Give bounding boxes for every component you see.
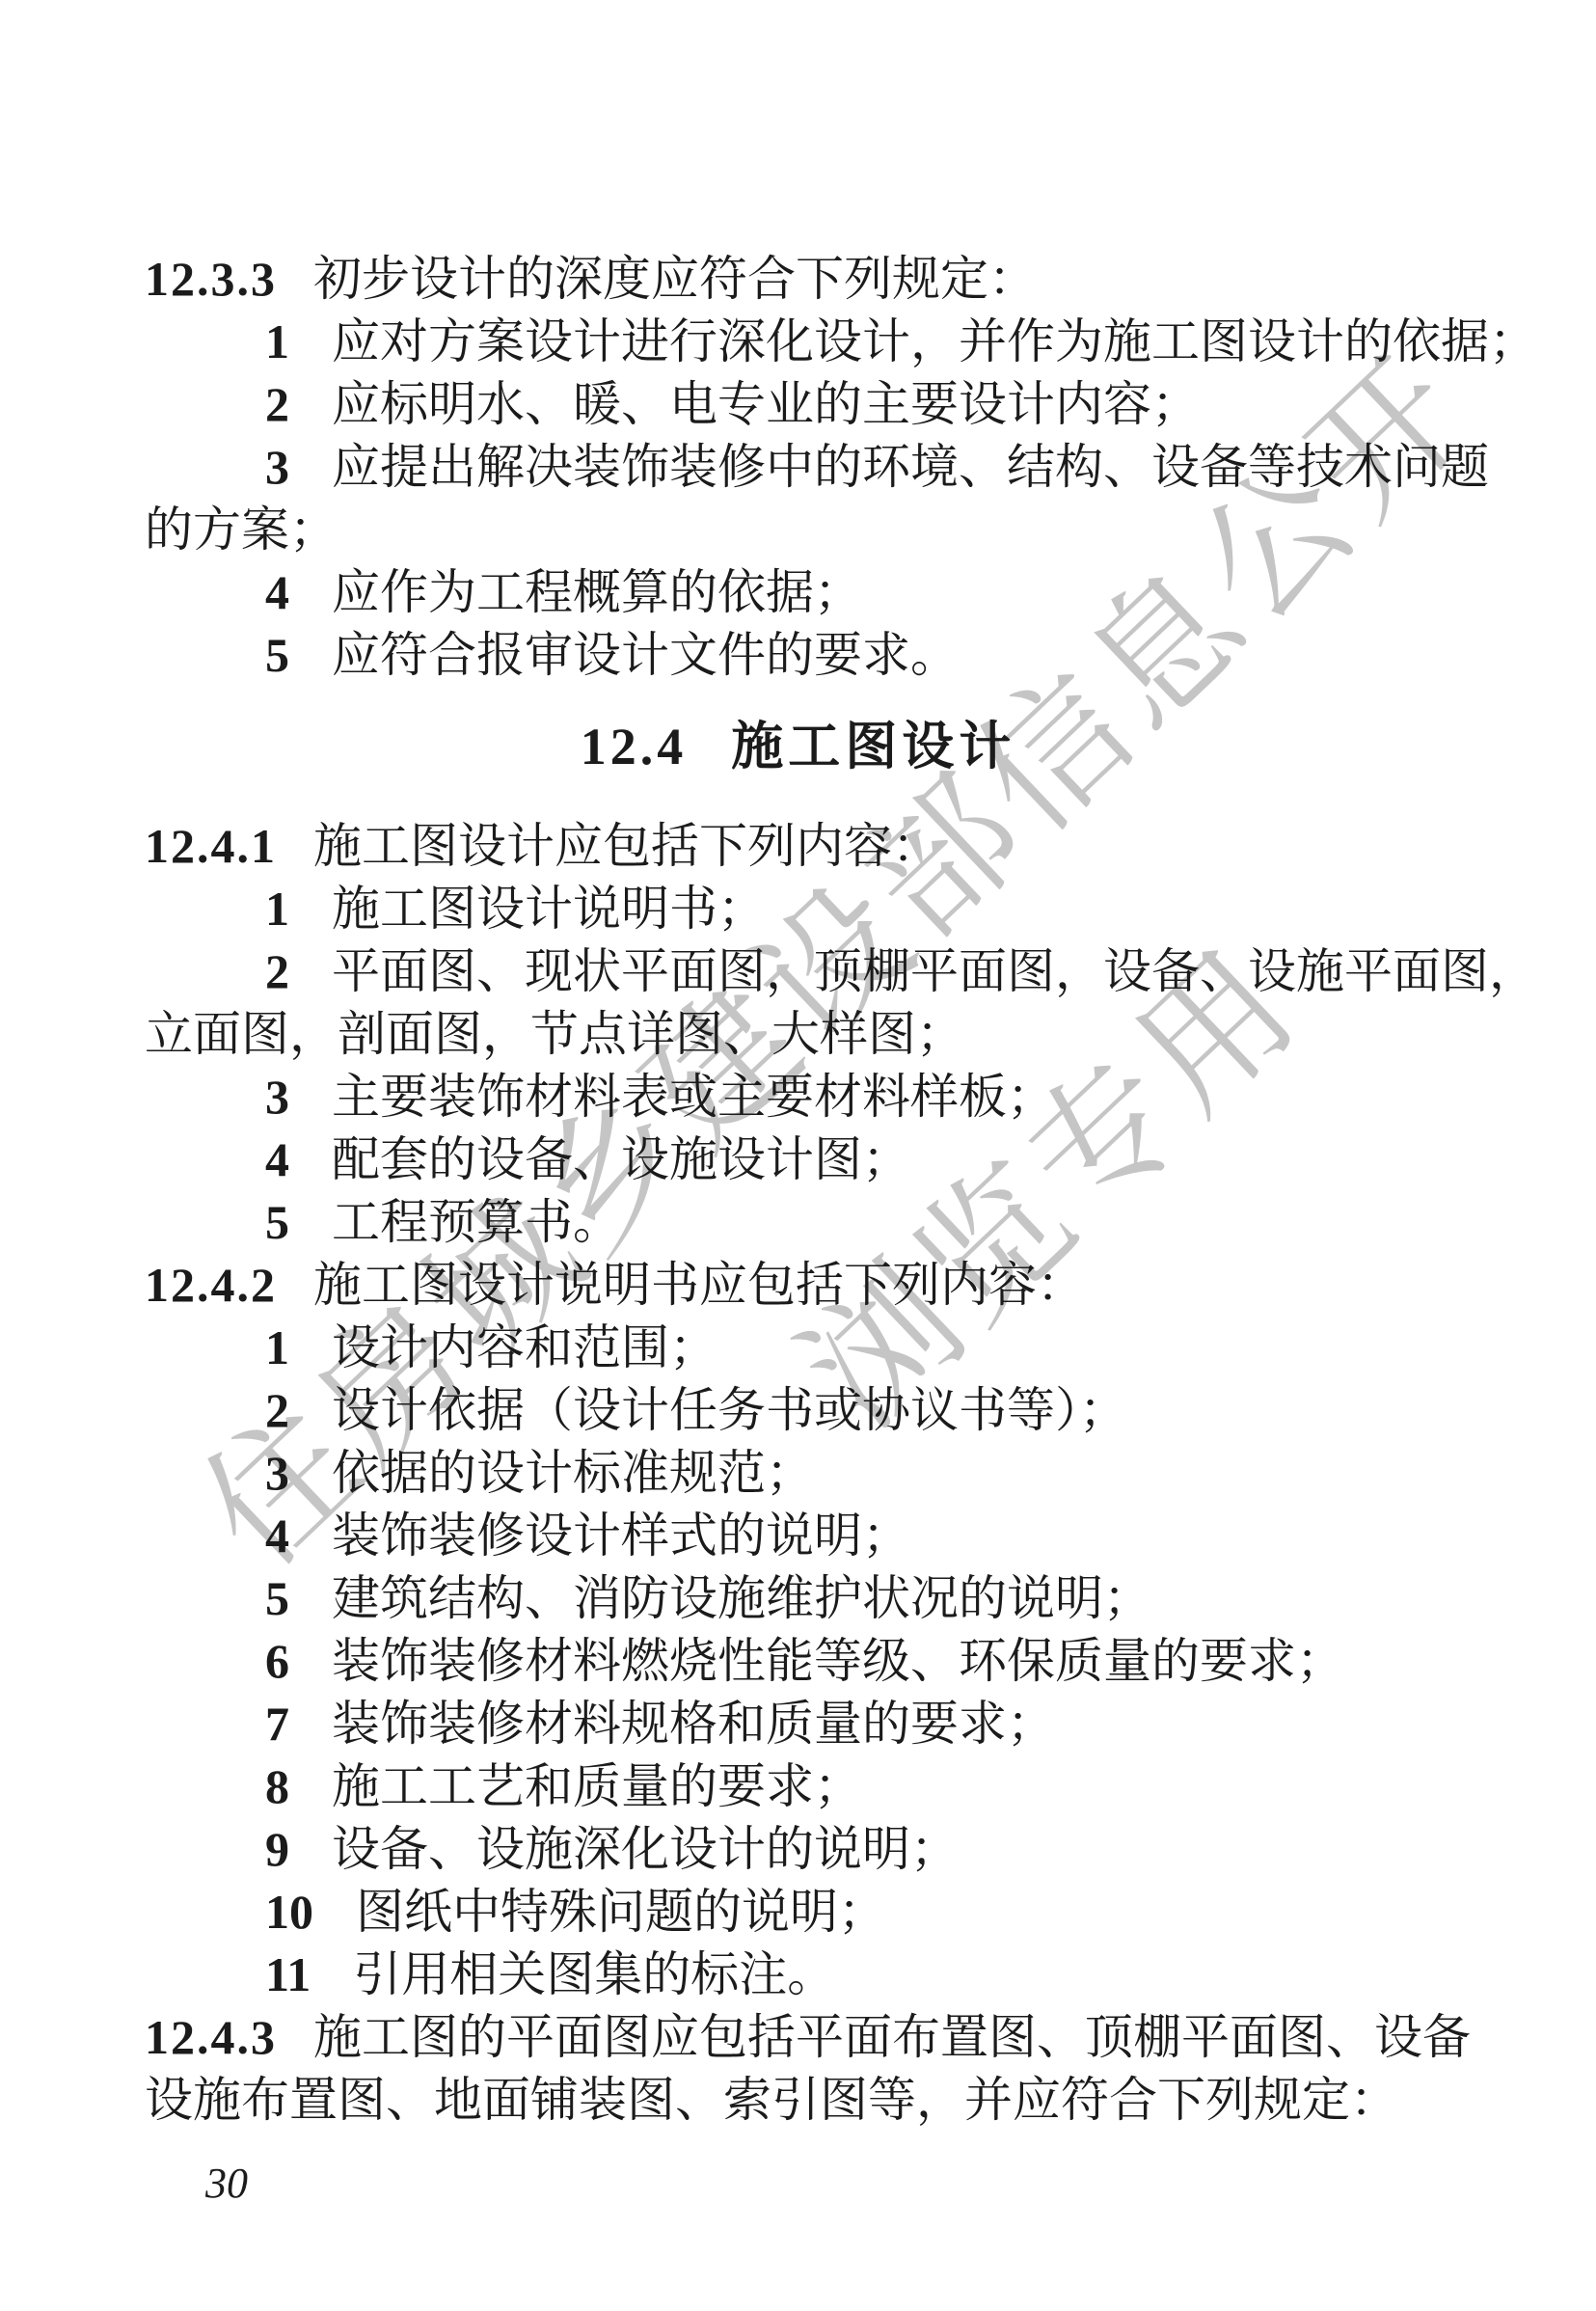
document-page: 住房城乡建设部信息公开 浏览专用 12.3.3初步设计的深度应符合下列规定：1应… [0, 0, 1596, 2311]
line-text: 初步设计的深度应符合下列规定： [313, 252, 1037, 306]
line-text: 设备、设施深化设计的说明； [332, 1822, 959, 1876]
line-text: 引用相关图集的标注。 [353, 1947, 835, 2001]
text-line: 10图纸中特殊问题的说明； [145, 1881, 1451, 1944]
line-text: 设施布置图、地面铺装图、索引图等，并应符合下列规定： [145, 2073, 1398, 2127]
line-text: 施工工艺和质量的要求； [332, 1759, 862, 1813]
text-line: 1设计内容和范围； [145, 1317, 1451, 1379]
text-line: 5应符合报审设计文件的要求。 [145, 624, 1451, 687]
line-text: 应标明水、暖、电专业的主要设计内容； [332, 377, 1200, 431]
line-text: 的方案； [145, 503, 338, 557]
line-text: 应提出解决装饰装修中的环境、结构、设备等技术问题 [332, 440, 1489, 494]
item-number: 7 [265, 1697, 289, 1751]
text-line: 7装饰装修材料规格和质量的要求； [145, 1693, 1451, 1755]
clause-number: 12.4.3 [145, 2010, 277, 2064]
item-number: 5 [265, 1195, 289, 1249]
item-number: 10 [265, 1885, 313, 1939]
line-text: 工程预算书。 [332, 1195, 621, 1249]
item-number: 4 [265, 565, 289, 619]
item-number: 6 [265, 1634, 289, 1688]
line-text: 立面图，剖面图，节点详图、大样图； [145, 1007, 964, 1061]
line-text: 平面图、现状平面图，顶棚平面图，设备、设施平面图， [332, 944, 1537, 998]
text-line: 5建筑结构、消防设施维护状况的说明； [145, 1567, 1451, 1630]
clause-number: 12.4.2 [145, 1258, 277, 1312]
line-text: 应对方案设计进行深化设计，并作为施工图设计的依据； [332, 314, 1537, 368]
line-text: 应符合报审设计文件的要求。 [332, 628, 959, 682]
text-line: 2设计依据（设计任务书或协议书等）； [145, 1379, 1451, 1442]
text-line: 12.4.2施工图设计说明书应包括下列内容： [145, 1254, 1451, 1317]
text-line: 3应提出解决装饰装修中的环境、结构、设备等技术问题 [145, 436, 1451, 499]
text-line: 6装饰装修材料燃烧性能等级、环保质量的要求； [145, 1630, 1451, 1693]
line-text: 施工图的平面图应包括平面布置图、顶棚平面图、设备 [313, 2010, 1471, 2064]
document-body: 12.3.3初步设计的深度应符合下列规定：1应对方案设计进行深化设计，并作为施工… [145, 248, 1451, 2132]
text-line: 11引用相关图集的标注。 [145, 1944, 1451, 2006]
text-line: 的方案； [145, 499, 1451, 561]
text-line: 1应对方案设计进行深化设计，并作为施工图设计的依据； [145, 311, 1451, 373]
line-text: 设计内容和范围； [332, 1320, 717, 1374]
line-text: 图纸中特殊问题的说明； [356, 1885, 886, 1939]
line-text: 建筑结构、消防设施维护状况的说明； [332, 1571, 1151, 1625]
text-line: 9设备、设施深化设计的说明； [145, 1818, 1451, 1881]
item-number: 3 [265, 1446, 289, 1500]
item-number: 5 [265, 1571, 289, 1625]
item-number: 5 [265, 628, 289, 682]
text-line: 4应作为工程概算的依据； [145, 561, 1451, 624]
line-text: 主要装饰材料表或主要材料样板； [332, 1070, 1055, 1124]
line-text: 配套的设备、设施设计图； [332, 1132, 910, 1186]
clause-number: 12.3.3 [145, 252, 277, 306]
line-text: 施工图设计说明书应包括下列内容： [313, 1258, 1085, 1312]
text-line: 8施工工艺和质量的要求； [145, 1755, 1451, 1818]
item-number: 2 [265, 377, 289, 431]
text-line: 12.4.1施工图设计应包括下列内容： [145, 815, 1451, 878]
text-line: 4配套的设备、设施设计图； [145, 1128, 1451, 1191]
item-number: 1 [265, 882, 289, 936]
text-line: 立面图，剖面图，节点详图、大样图； [145, 1003, 1451, 1066]
text-line: 4装饰装修设计样式的说明； [145, 1505, 1451, 1567]
item-number: 9 [265, 1822, 289, 1876]
text-line: 3主要装饰材料表或主要材料样板； [145, 1066, 1451, 1128]
line-text: 装饰装修材料规格和质量的要求； [332, 1697, 1055, 1751]
page-number: 30 [205, 2159, 248, 2208]
item-number: 2 [265, 944, 289, 998]
line-text: 装饰装修设计样式的说明； [332, 1509, 910, 1563]
section-heading: 12.4施工图设计 [145, 716, 1451, 778]
line-text: 施工图设计说明书； [332, 882, 766, 936]
text-line: 1施工图设计说明书； [145, 878, 1451, 940]
item-number: 1 [265, 314, 289, 368]
item-number: 4 [265, 1132, 289, 1186]
text-line: 2应标明水、暖、电专业的主要设计内容； [145, 373, 1451, 436]
clause-number: 12.4.1 [145, 819, 277, 873]
clause-number: 12.4 [581, 718, 688, 775]
item-number: 3 [265, 1070, 289, 1124]
text-line: 12.4.3施工图的平面图应包括平面布置图、顶棚平面图、设备 [145, 2006, 1451, 2069]
item-number: 2 [265, 1383, 289, 1437]
line-text: 设计依据（设计任务书或协议书等）； [332, 1383, 1127, 1437]
text-line: 设施布置图、地面铺装图、索引图等，并应符合下列规定： [145, 2069, 1451, 2132]
item-number: 4 [265, 1509, 289, 1563]
text-line: 2平面图、现状平面图，顶棚平面图，设备、设施平面图， [145, 940, 1451, 1003]
line-text: 装饰装修材料燃烧性能等级、环保质量的要求； [332, 1634, 1344, 1688]
item-number: 8 [265, 1759, 289, 1813]
item-number: 3 [265, 440, 289, 494]
item-number: 1 [265, 1320, 289, 1374]
text-line: 12.3.3初步设计的深度应符合下列规定： [145, 248, 1451, 311]
line-text: 依据的设计标准规范； [332, 1446, 814, 1500]
item-number: 11 [265, 1947, 311, 2001]
line-text: 施工图设计应包括下列内容： [313, 819, 940, 873]
line-text: 应作为工程概算的依据； [332, 565, 862, 619]
text-line: 3依据的设计标准规范； [145, 1442, 1451, 1505]
text-line: 5工程预算书。 [145, 1191, 1451, 1254]
line-text: 施工图设计 [731, 718, 1015, 775]
